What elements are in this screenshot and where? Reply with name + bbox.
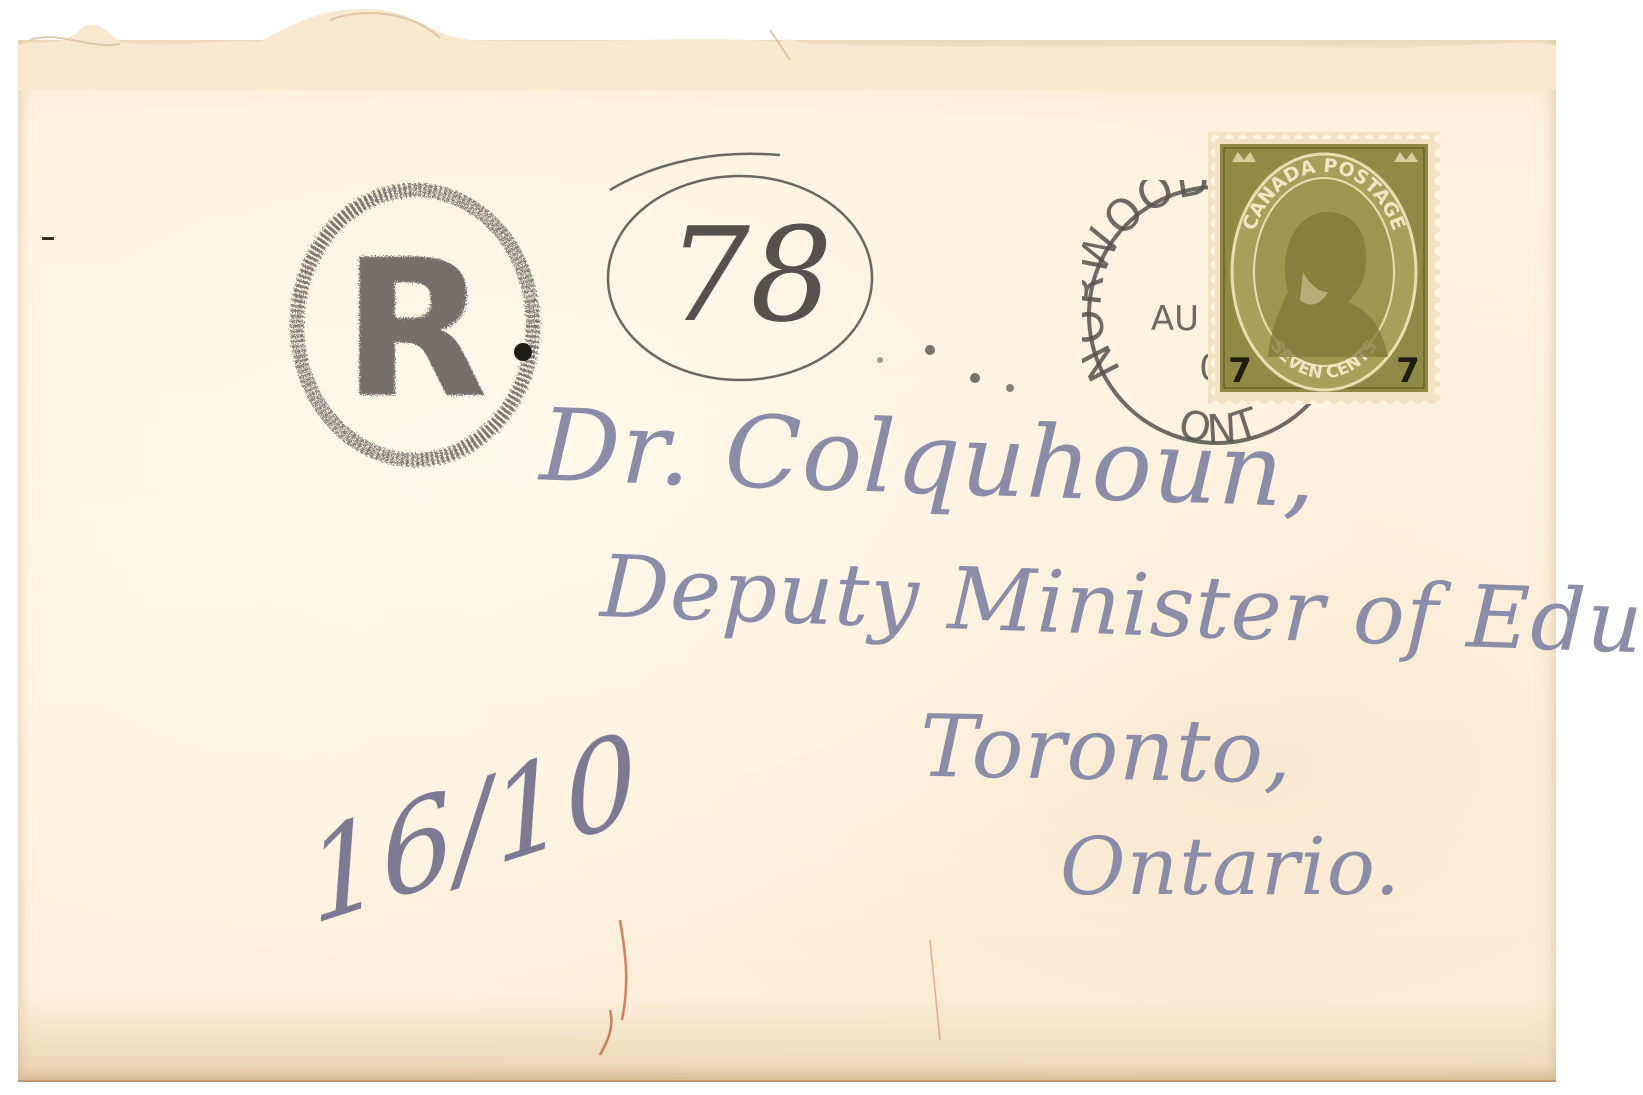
postage-stamp: CANADA POSTAGE SEVEN CENTS 7 7: [1208, 132, 1440, 404]
ink-specks: [860, 320, 1060, 400]
svg-text:R: R: [342, 219, 488, 440]
svg-text:NORWOOD: NORWOOD: [1082, 180, 1213, 389]
circled-number: 78: [600, 150, 880, 390]
svg-text:78: 78: [667, 199, 832, 351]
red-crayon-marks: [570, 920, 970, 1060]
recipient-province: Ontario.: [1060, 820, 1401, 913]
ink-dash-mark: [42, 237, 54, 240]
recipient-city: Toronto,: [919, 697, 1293, 803]
svg-text:7: 7: [1396, 351, 1420, 391]
registration-mark: R: [280, 180, 550, 470]
torn-top-edge: [0, 0, 1643, 90]
svg-text:7: 7: [1228, 351, 1252, 391]
